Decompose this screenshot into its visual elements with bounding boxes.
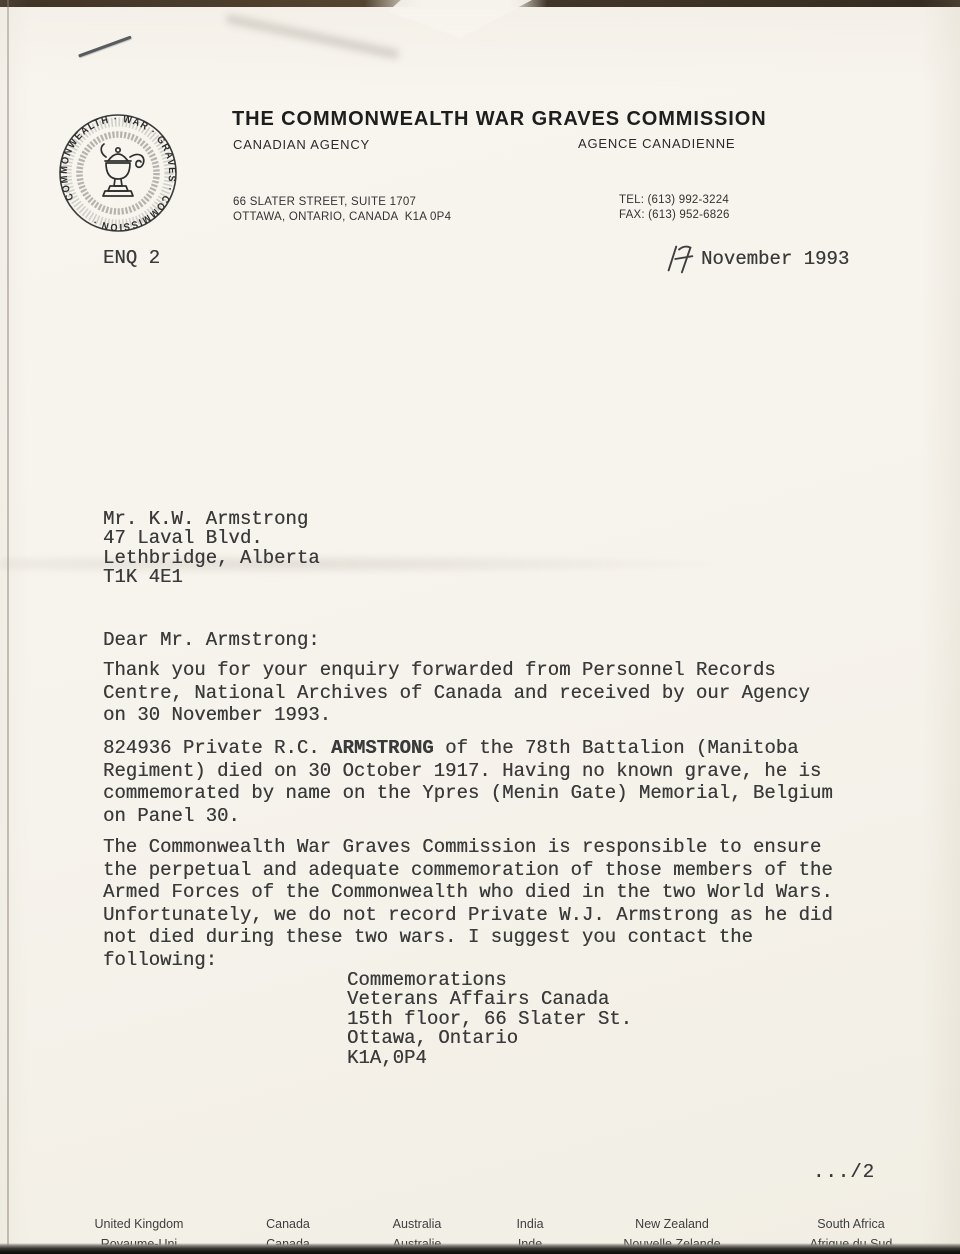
scan-bottom-edge: [0, 1243, 960, 1254]
country-english: United Kingdom: [95, 1217, 184, 1231]
paragraph-line: Unfortunately, we do not record Private …: [103, 904, 833, 927]
paper-fold-shadow: [226, 14, 399, 59]
paragraph-line: on Panel 30.: [103, 805, 833, 828]
paper-fold: [372, 0, 532, 38]
contact-line: Veterans Affairs Canada: [347, 990, 632, 1009]
recipient-street: 47 Laval Blvd.: [103, 529, 320, 548]
seal-urn-icon: [101, 144, 144, 196]
country-english: Australia: [393, 1217, 442, 1231]
handwritten-day-icon: [660, 240, 700, 278]
surname-emphasis: ARMSTRONG: [331, 737, 434, 759]
paragraph-line: not died during these two wars. I sugges…: [103, 926, 833, 949]
tel-number: TEL: (613) 992-3224: [619, 194, 729, 206]
country-english: India: [516, 1217, 543, 1231]
paragraph-line: Armed Forces of the Commonwealth who die…: [103, 881, 833, 904]
recipient-address: Mr. K.W. Armstrong 47 Laval Blvd. Lethbr…: [103, 510, 320, 588]
country-english: South Africa: [817, 1217, 884, 1231]
salutation: Dear Mr. Armstrong:: [103, 629, 320, 651]
recipient-postal-code: T1K 4E1: [103, 568, 320, 587]
scanned-letter-page: COMMONWEALTH · WAR · GRAVES · COMMISSION…: [0, 0, 960, 1254]
cwgc-seal-icon: COMMONWEALTH · WAR · GRAVES · COMMISSION…: [56, 111, 180, 235]
paragraph-line: Centre, National Archives of Canada and …: [103, 682, 810, 705]
letterhead-street: 66 SLATER STREET, SUITE 1707: [233, 196, 416, 208]
paragraph-line: 824936 Private R.C. ARMSTRONG of the 78t…: [103, 737, 833, 760]
paragraph-line: commemorated by name on the Ypres (Menin…: [103, 782, 833, 805]
country-english: New Zealand: [635, 1217, 709, 1231]
paragraph-line: Regiment) died on 30 October 1917. Havin…: [103, 760, 833, 783]
country-english: Canada: [266, 1217, 310, 1231]
contact-line: Ottawa, Ontario: [347, 1029, 632, 1048]
paragraph-line: on 30 November 1993.: [103, 704, 810, 727]
reference-code: ENQ 2: [103, 247, 160, 269]
contact-block: Commemorations Veterans Affairs Canada 1…: [347, 971, 632, 1068]
agency-name-english: CANADIAN AGENCY: [233, 137, 370, 152]
page-continuation-marker: .../2: [813, 1161, 875, 1183]
service-number-and-rank: 824936 Private R.C.: [103, 737, 331, 759]
letterhead-address: 66 SLATER STREET, SUITE 1707OTTAWA, ONTA…: [233, 195, 451, 224]
paragraph-2: 824936 Private R.C. ARMSTRONG of the 78t…: [103, 737, 833, 827]
scan-left-edge: [7, 0, 9, 1254]
date-line: 17 November 1993: [660, 240, 849, 278]
fax-number: FAX: (613) 952-6826: [619, 209, 730, 221]
paragraph-1: Thank you for your enquiry forwarded fro…: [103, 659, 810, 727]
organization-title: THE COMMONWEALTH WAR GRAVES COMMISSION: [232, 108, 767, 131]
paragraph-line: Thank you for your enquiry forwarded fro…: [103, 659, 810, 682]
paragraph-3: The Commonwealth War Graves Commission i…: [103, 836, 833, 972]
typed-date: November 1993: [701, 248, 849, 270]
paragraph-line: the perpetual and adequate commemoration…: [103, 859, 833, 882]
staple-mark: [78, 36, 132, 58]
battalion-text: of the 78th Battalion (Manitoba: [434, 737, 799, 759]
contact-line: K1A,0P4: [347, 1049, 632, 1068]
paragraph-line: The Commonwealth War Graves Commission i…: [103, 836, 833, 859]
letterhead-city: OTTAWA, ONTARIO, CANADA K1A 0P4: [233, 211, 451, 223]
agency-name-french: AGENCE CANADIENNE: [578, 136, 735, 151]
letterhead-phone: TEL: (613) 992-3224FAX: (613) 952-6826: [619, 193, 730, 223]
